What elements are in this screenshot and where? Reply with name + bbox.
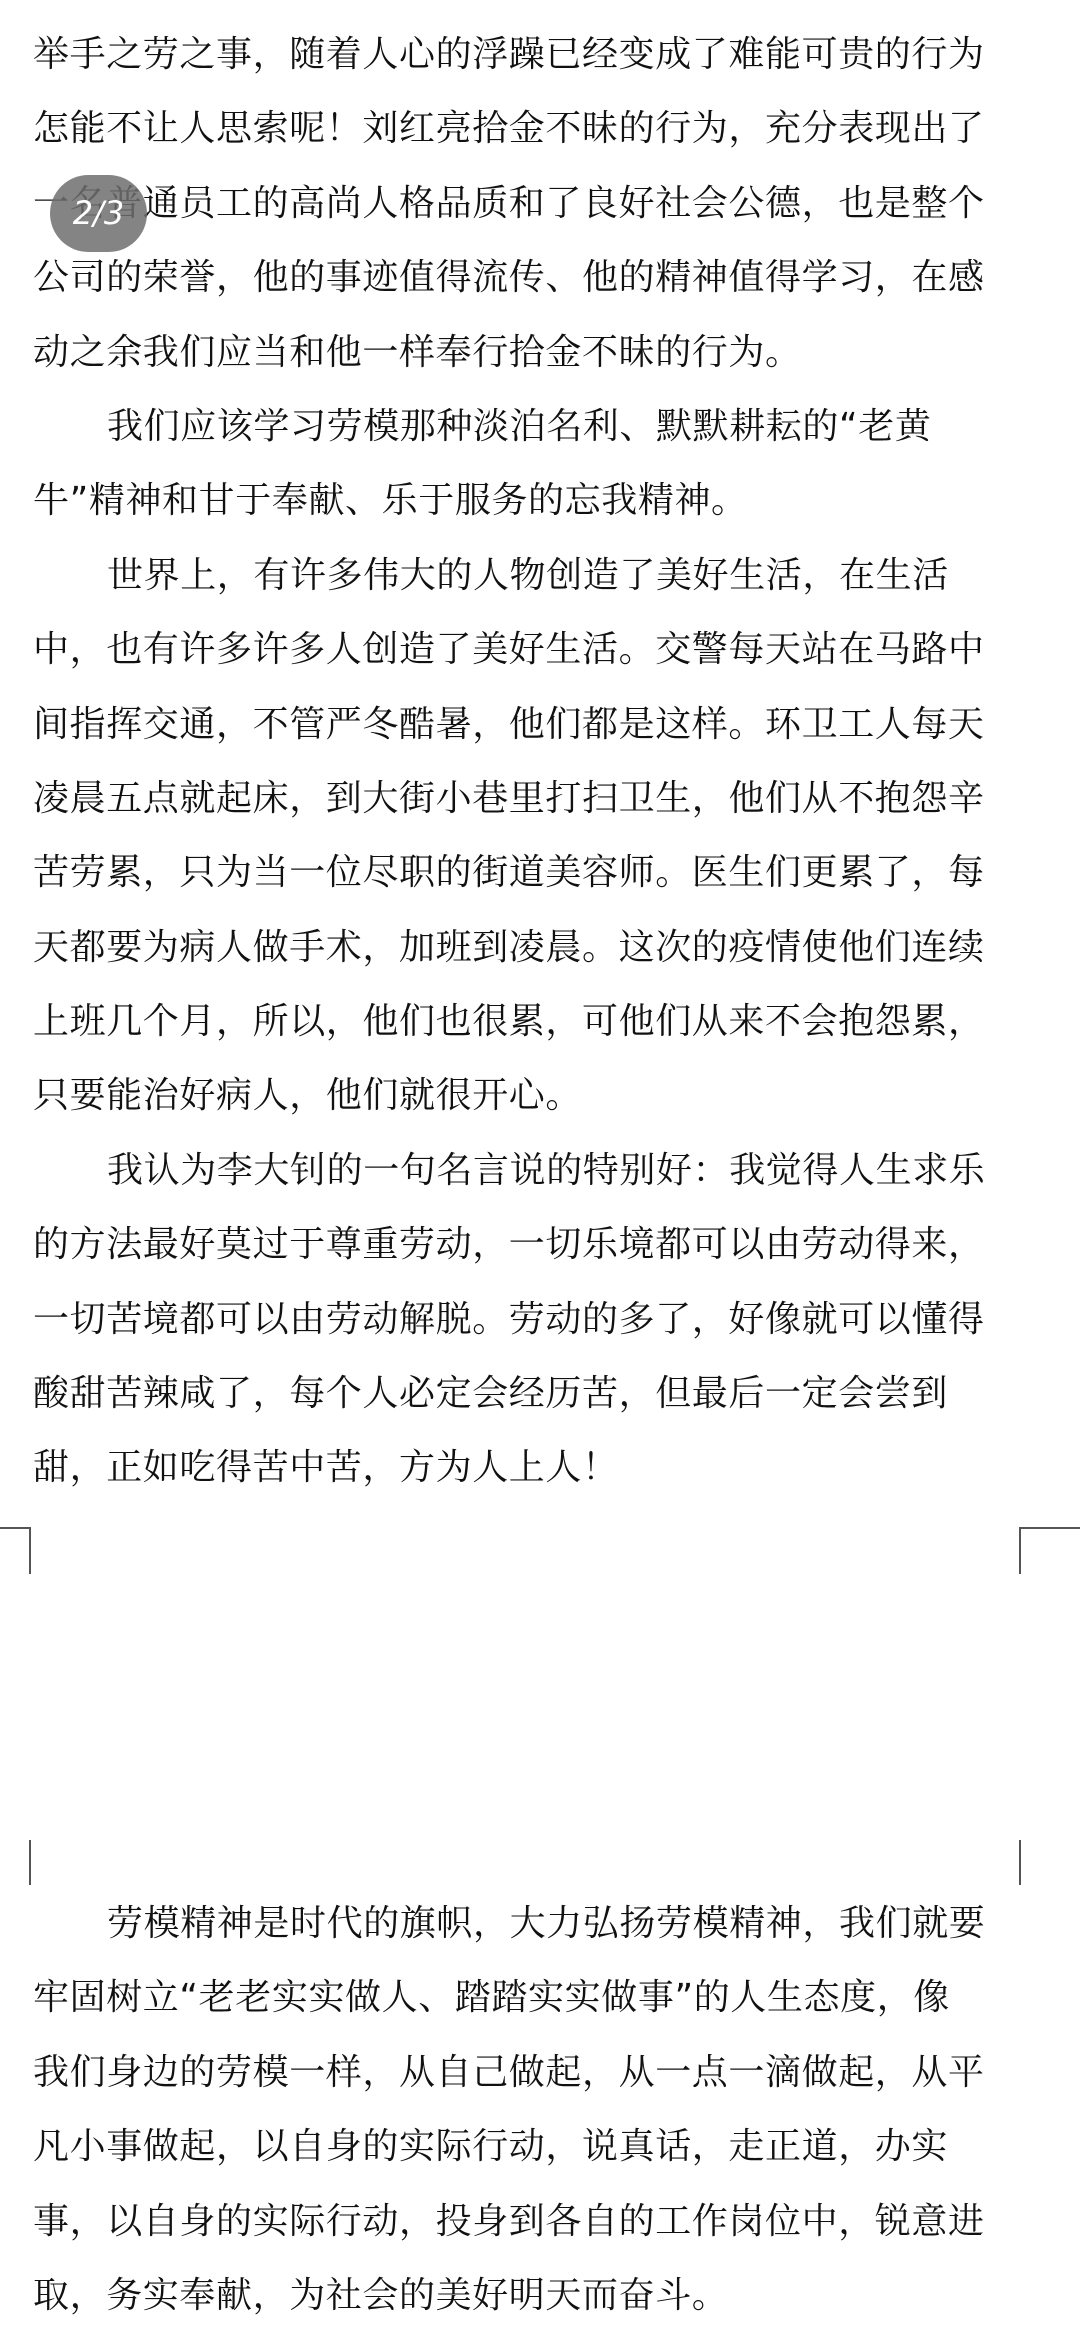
paragraph-3: 世界上，有许多伟大的人物创造了美好生活，在生活 中，也有许多许多人创造了美好生活… xyxy=(33,539,1008,1134)
text-line: 事，以自身的实际行动，投身到各自的工作岗位中，锐意进 xyxy=(33,2185,1008,2259)
text-line: 我认为李大钊的一句名言说的特别好：我觉得人生求乐 xyxy=(33,1134,1008,1208)
text-line: 动之余我们应当和他一样奉行拾金不昧的行为。 xyxy=(33,316,1008,390)
text-line: 举手之劳之事，随着人心的浮躁已经变成了难能可贵的行为 xyxy=(33,18,1008,92)
text-line: 只要能治好病人，他们就很开心。 xyxy=(33,1059,1008,1133)
text-line: 酸甜苦辣咸了，每个人必定会经历苦，但最后一定会尝到 xyxy=(33,1357,1008,1431)
paragraph-4: 我认为李大钊的一句名言说的特别好：我觉得人生求乐 的方法最好莫过于尊重劳动，一切… xyxy=(33,1134,1008,1506)
text-line: 一名普通员工的高尚人格品质和了良好社会公德，也是整个 xyxy=(33,167,1008,241)
paragraph-2: 我们应该学习劳模那种淡泊名利、默默耕耘的“老黄 牛”精神和甘于奉献、乐于服务的忘… xyxy=(33,390,1008,539)
text-line: 我们身边的劳模一样，从自己做起，从一点一滴做起，从平 xyxy=(33,2036,1008,2110)
text-line: 公司的荣誉，他的事迹值得流传、他的精神值得学习，在感 xyxy=(33,241,1008,315)
crop-mark-bottom-right xyxy=(1019,1840,1080,1887)
text-line: 上班几个月，所以，他们也很累，可他们从来不会抱怨累， xyxy=(33,985,1008,1059)
text-line: 一切苦境都可以由劳动解脱。劳动的多了，好像就可以懂得 xyxy=(33,1283,1008,1357)
text-line: 牛”精神和甘于奉献、乐于服务的忘我精神。 xyxy=(33,464,1008,538)
text-line: 中，也有许多许多人创造了美好生活。交警每天站在马路中 xyxy=(33,613,1008,687)
text-line: 我们应该学习劳模那种淡泊名利、默默耕耘的“老黄 xyxy=(33,390,1008,464)
text-line: 天都要为病人做手术，加班到凌晨。这次的疫情使他们连续 xyxy=(33,911,1008,985)
crop-mark-bottom-left xyxy=(0,1840,31,1887)
text-line: 牢固树立“老老实实做人、踏踏实实做事”的人生态度，像 xyxy=(33,1961,1008,2035)
crop-mark-top-right xyxy=(1019,1527,1080,1574)
text-line: 间指挥交通，不管严冬酷暑，他们都是这样。环卫工人每天 xyxy=(33,688,1008,762)
text-line: 劳模精神是时代的旗帜，大力弘扬劳模精神，我们就要 xyxy=(33,1887,1008,1961)
text-line: 凌晨五点就起床，到大街小巷里打扫卫生，他们从不抱怨辛 xyxy=(33,762,1008,836)
page-2-body: 举手之劳之事，随着人心的浮躁已经变成了难能可贵的行为 怎能不让人思索呢！刘红亮拾… xyxy=(33,18,1008,1506)
text-line: 怎能不让人思索呢！刘红亮拾金不昧的行为，充分表现出了 xyxy=(33,92,1008,166)
text-line: 苦劳累，只为当一位尽职的街道美容师。医生们更累了，每 xyxy=(33,836,1008,910)
paragraph-1: 举手之劳之事，随着人心的浮躁已经变成了难能可贵的行为 怎能不让人思索呢！刘红亮拾… xyxy=(33,18,1008,390)
text-line: 取，务实奉献，为社会的美好明天而奋斗。 xyxy=(33,2259,1008,2333)
text-line: 甜，正如吃得苦中苦，方为人上人！ xyxy=(33,1431,1008,1505)
document-page-3: 劳模精神是时代的旗帜，大力弘扬劳模精神，我们就要 牢固树立“老老实实做人、踏踏实… xyxy=(0,1885,1080,2340)
crop-mark-top-left xyxy=(0,1527,31,1574)
page-3-body: 劳模精神是时代的旗帜，大力弘扬劳模精神，我们就要 牢固树立“老老实实做人、踏踏实… xyxy=(33,1887,1008,2333)
page-indicator-badge: 2/3 xyxy=(50,175,147,252)
text-line: 凡小事做起，以自身的实际行动，说真话，走正道，办实 xyxy=(33,2110,1008,2184)
text-line: 世界上，有许多伟大的人物创造了美好生活，在生活 xyxy=(33,539,1008,613)
document-page-2: 举手之劳之事，随着人心的浮躁已经变成了难能可贵的行为 怎能不让人思索呢！刘红亮拾… xyxy=(0,0,1080,1500)
text-line: 的方法最好莫过于尊重劳动，一切乐境都可以由劳动得来， xyxy=(33,1208,1008,1282)
paragraph-5: 劳模精神是时代的旗帜，大力弘扬劳模精神，我们就要 牢固树立“老老实实做人、踏踏实… xyxy=(33,1887,1008,2333)
